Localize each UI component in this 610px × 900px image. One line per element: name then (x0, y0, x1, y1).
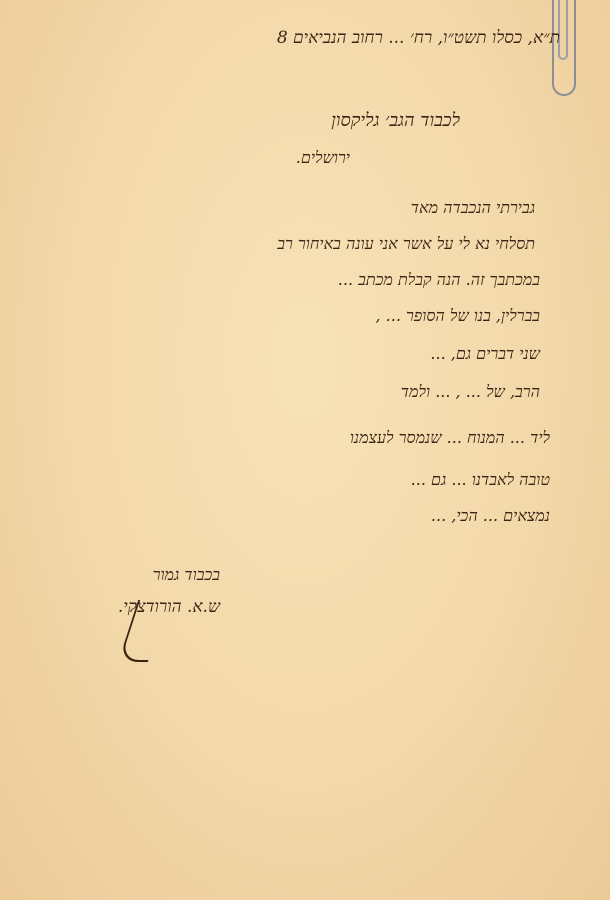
closing: בכבוד גמור (153, 565, 220, 585)
body-line: במכתבך זה. הנה קבלת מכתב ... (338, 270, 540, 290)
body-line: שני דברים גם, ... (430, 344, 540, 364)
body-line: בברלין, בנו של הסופר ... , (375, 306, 540, 326)
letter-header: ת״א, כסלו תשט״ו, רח׳ ... רחוב הנביאים 8 (277, 28, 560, 48)
letter-page: ת״א, כסלו תשט״ו, רח׳ ... רחוב הנביאים 8 … (0, 0, 610, 900)
body-line: ליד ... המנוח ... שנמסר לעצמנו (350, 428, 550, 448)
addressee-line-1: לכבוד הגב׳ גליקסון (331, 110, 460, 131)
body-line: נמצאים ... הכי, ... (431, 506, 550, 526)
paper-clip-icon (552, 0, 576, 96)
body-line: הרב, של ... , ... ולמד (401, 382, 540, 402)
body-line: טובה לאבדנו ... גם ... (411, 470, 550, 490)
salutation: גבירתי הנכבדה מאד (411, 198, 535, 218)
addressee-line-2: ירושלים. (296, 148, 350, 168)
body-line: תסלחי נא לי על אשר אני עונה באיחור רב (277, 234, 535, 254)
